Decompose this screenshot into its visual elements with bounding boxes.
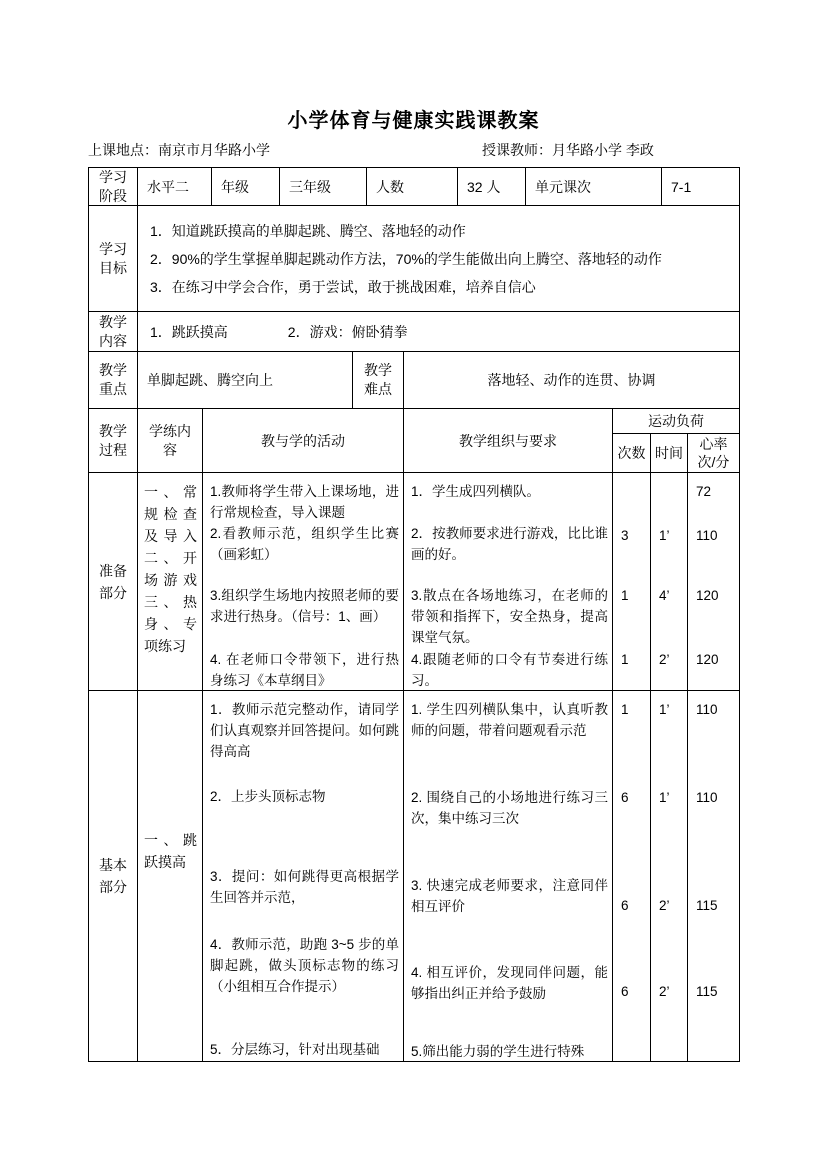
activity-item: 3．提问：如何跳得更高根据学生回答并示范， xyxy=(210,866,399,908)
activity-item: 1．教师示范完整动作，请同学们认真观察并回答提问。如何跳得高高 xyxy=(210,699,399,762)
preparation-activities: 1.教师将学生带入上课场地，进行常规检查，导入课题 2.看教师示范，组织学生比赛… xyxy=(203,473,404,690)
organization-item: 4.跟随老师的口令有节奏进行练习。 xyxy=(411,649,608,690)
activity-item: 2．上步头顶标志物 xyxy=(210,786,399,807)
basic-practice-content: 一、跳跃摸高 xyxy=(138,691,203,1061)
time-value: 4’ xyxy=(659,587,670,605)
practice-item: 三、热身、专项练习 xyxy=(144,594,197,654)
exercise-load-header-group: 运动负荷 次数 时间 心率 次/分 xyxy=(613,409,739,472)
objective-line: 3．在练习中学会合作，勇于尝试，敢于挑战困难，培养自信心 xyxy=(150,273,733,301)
time-column-header: 时间 xyxy=(651,434,688,472)
content-item: 1．跳跃摸高 xyxy=(150,322,228,342)
times-value: 6 xyxy=(621,789,629,807)
organization-item: 4. 相互评价，发现同伴问题，能够指出纠正并给予鼓励 xyxy=(411,962,608,1004)
exercise-load-header: 运动负荷 xyxy=(613,409,739,434)
times-value: 6 xyxy=(621,983,629,1001)
objectives-label: 学习目标 xyxy=(89,206,138,311)
activity-item: 5．分层练习，针对出现基础 xyxy=(210,1039,399,1060)
basic-section-row: 基本部分 一、跳跃摸高 1．教师示范完整动作，请同学们认真观察并回答提问。如何跳… xyxy=(89,691,739,1061)
practice-content-column-header: 学练内容 xyxy=(138,409,203,472)
objectives-content: 1．知道跳跃摸高的单脚起跳、腾空、落地轻的动作 2．90%的学生掌握单脚起跳动作… xyxy=(138,206,739,311)
heart-rate-value: 110 xyxy=(696,789,718,807)
lesson-plan-page: 小学体育与健康实践课教案 上课地点：南京市月华路小学 授课教师：月华路小学 李政… xyxy=(0,0,827,1170)
key-points-row: 教学重点 单脚起跳、腾空向上 教学难点 落地轻、动作的连贯、协调 xyxy=(89,352,739,409)
content-item: 2．游戏：俯卧猜拳 xyxy=(288,322,408,342)
grade-label: 年级 xyxy=(212,168,280,205)
organization-item: 1．学生成四列横队。 xyxy=(411,481,608,502)
activity-item: 1.教师将学生带入上课场地，进行常规检查，导入课题 xyxy=(210,481,399,523)
class-location: 上课地点：南京市月华路小学 xyxy=(88,142,270,158)
organization-item: 2. 围绕自己的小场地进行练习三次，集中练习三次 xyxy=(411,787,608,829)
page-title: 小学体育与健康实践课教案 xyxy=(0,104,827,133)
heart-rate-value: 110 xyxy=(696,527,718,545)
activity-item: 2.看教师示范，组织学生比赛（画彩虹） xyxy=(210,523,399,565)
heart-rate-value: 115 xyxy=(696,983,718,1001)
grade-value: 三年级 xyxy=(280,168,367,205)
basic-info-row: 学习阶段 水平二 年级 三年级 人数 32 人 单元课次 7-1 xyxy=(89,168,739,206)
organization-column-header: 教学组织与要求 xyxy=(404,409,613,472)
student-count-value: 32 人 xyxy=(458,168,526,205)
basic-time-column: 1’ 1’ 2’ 2’ xyxy=(651,691,688,1061)
time-value: 2’ xyxy=(659,651,670,669)
teaching-content-row: 教学内容 1．跳跃摸高 2．游戏：俯卧猜拳 xyxy=(89,312,739,352)
difficulty-label: 教学难点 xyxy=(353,352,404,408)
times-column-header: 次数 xyxy=(613,434,651,472)
instructor: 授课教师：月华路小学 李政 xyxy=(482,140,654,160)
times-value: 1 xyxy=(621,701,629,719)
unit-lesson-value: 7-1 xyxy=(662,168,739,205)
preparation-stage-label: 准备部分 xyxy=(89,473,138,690)
time-value: 1’ xyxy=(659,789,670,807)
unit-lesson-label: 单元课次 xyxy=(526,168,662,205)
teaching-content-value: 1．跳跃摸高 2．游戏：俯卧猜拳 xyxy=(138,312,739,351)
preparation-times-column: 3 1 1 xyxy=(613,473,651,690)
objective-line: 1．知道跳跃摸高的单脚起跳、腾空、落地轻的动作 xyxy=(150,217,733,245)
organization-item: 5.筛出能力弱的学生进行特殊 xyxy=(411,1041,608,1061)
heart-rate-column-header: 心率 次/分 xyxy=(688,434,739,472)
practice-item: 一、常规检查及导入 xyxy=(144,484,197,544)
times-value: 6 xyxy=(621,897,629,915)
organization-item: 3. 快速完成老师要求，注意同伴相互评价 xyxy=(411,875,608,917)
activity-item: 3.组织学生场地内按照老师的要求进行热身。（信号：1、画） xyxy=(210,585,399,627)
organization-item: 2．按教师要求进行游戏，比比谁画的好。 xyxy=(411,523,608,565)
study-stage-label: 学习阶段 xyxy=(89,168,138,205)
times-value: 1 xyxy=(621,587,629,605)
difficulty-value: 落地轻、动作的连贯、协调 xyxy=(404,352,739,408)
heart-rate-header-line2: 次/分 xyxy=(698,454,730,470)
meta-line: 上课地点：南京市月华路小学 授课教师：月华路小学 李政 xyxy=(88,140,740,160)
study-stage-value: 水平二 xyxy=(138,168,212,205)
teaching-content-label: 教学内容 xyxy=(89,312,138,351)
activity-item: 4. 在老师口令带领下，进行热身练习《本草纲目》 xyxy=(210,649,399,690)
preparation-heart-rate-column: 72 110 120 120 xyxy=(688,473,739,690)
time-value: 2’ xyxy=(659,897,670,915)
practice-item: 一、跳跃摸高 xyxy=(144,832,197,870)
exercise-load-subheaders: 次数 时间 心率 次/分 xyxy=(613,434,739,472)
time-value: 1’ xyxy=(659,527,670,545)
process-header-row: 教学过程 学练内容 教与学的活动 教学组织与要求 运动负荷 次数 时间 心率 次… xyxy=(89,409,739,473)
heart-rate-value: 120 xyxy=(696,651,719,669)
student-count-label: 人数 xyxy=(367,168,458,205)
basic-stage-label: 基本部分 xyxy=(89,691,138,1061)
basic-activities: 1．教师示范完整动作，请同学们认真观察并回答提问。如何跳得高高 2．上步头顶标志… xyxy=(203,691,404,1061)
heart-rate-value: 115 xyxy=(696,897,718,915)
key-point-value: 单脚起跳、腾空向上 xyxy=(138,352,353,408)
lesson-table: 学习阶段 水平二 年级 三年级 人数 32 人 单元课次 7-1 学习目标 1．… xyxy=(88,167,740,1062)
times-value: 1 xyxy=(621,651,629,669)
key-point-label: 教学重点 xyxy=(89,352,138,408)
basic-organization: 1. 学生四列横队集中，认真听教师的问题，带着问题观看示范 2. 围绕自己的小场… xyxy=(404,691,613,1061)
activity-item: 4．教师示范，助跑 3~5 步的单脚起跳，做头顶标志物的练习（小组相互合作提示） xyxy=(210,934,399,997)
objectives-row: 学习目标 1．知道跳跃摸高的单脚起跳、腾空、落地轻的动作 2．90%的学生掌握单… xyxy=(89,206,739,312)
preparation-organization: 1．学生成四列横队。 2．按教师要求进行游戏，比比谁画的好。 3.散点在各场地练… xyxy=(404,473,613,690)
activities-column-header: 教与学的活动 xyxy=(203,409,404,472)
organization-item: 3.散点在各场地练习，在老师的带领和指挥下，安全热身，提高课堂气氛。 xyxy=(411,585,608,648)
heart-rate-value: 120 xyxy=(696,587,719,605)
practice-item: 二、开场游戏 xyxy=(144,550,197,588)
heart-rate-value: 110 xyxy=(696,701,718,719)
preparation-practice-content: 一、常规检查及导入二、开场游戏三、热身、专项练习 xyxy=(138,473,203,690)
basic-times-column: 1 6 6 6 xyxy=(613,691,651,1061)
time-value: 2’ xyxy=(659,983,670,1001)
time-value: 1’ xyxy=(659,701,670,719)
heart-rate-header-line1: 心率 xyxy=(699,436,727,452)
heart-rate-value: 72 xyxy=(696,483,711,501)
preparation-section-row: 准备部分 一、常规检查及导入二、开场游戏三、热身、专项练习 1.教师将学生带入上… xyxy=(89,473,739,691)
objective-line: 2．90%的学生掌握单脚起跳动作方法，70%的学生能做出向上腾空、落地轻的动作 xyxy=(150,245,733,273)
organization-item: 1. 学生四列横队集中，认真听教师的问题，带着问题观看示范 xyxy=(411,699,608,741)
basic-heart-rate-column: 110 110 115 115 xyxy=(688,691,739,1061)
times-value: 3 xyxy=(621,527,629,545)
preparation-time-column: 1’ 4’ 2’ xyxy=(651,473,688,690)
process-column-header: 教学过程 xyxy=(89,409,138,472)
